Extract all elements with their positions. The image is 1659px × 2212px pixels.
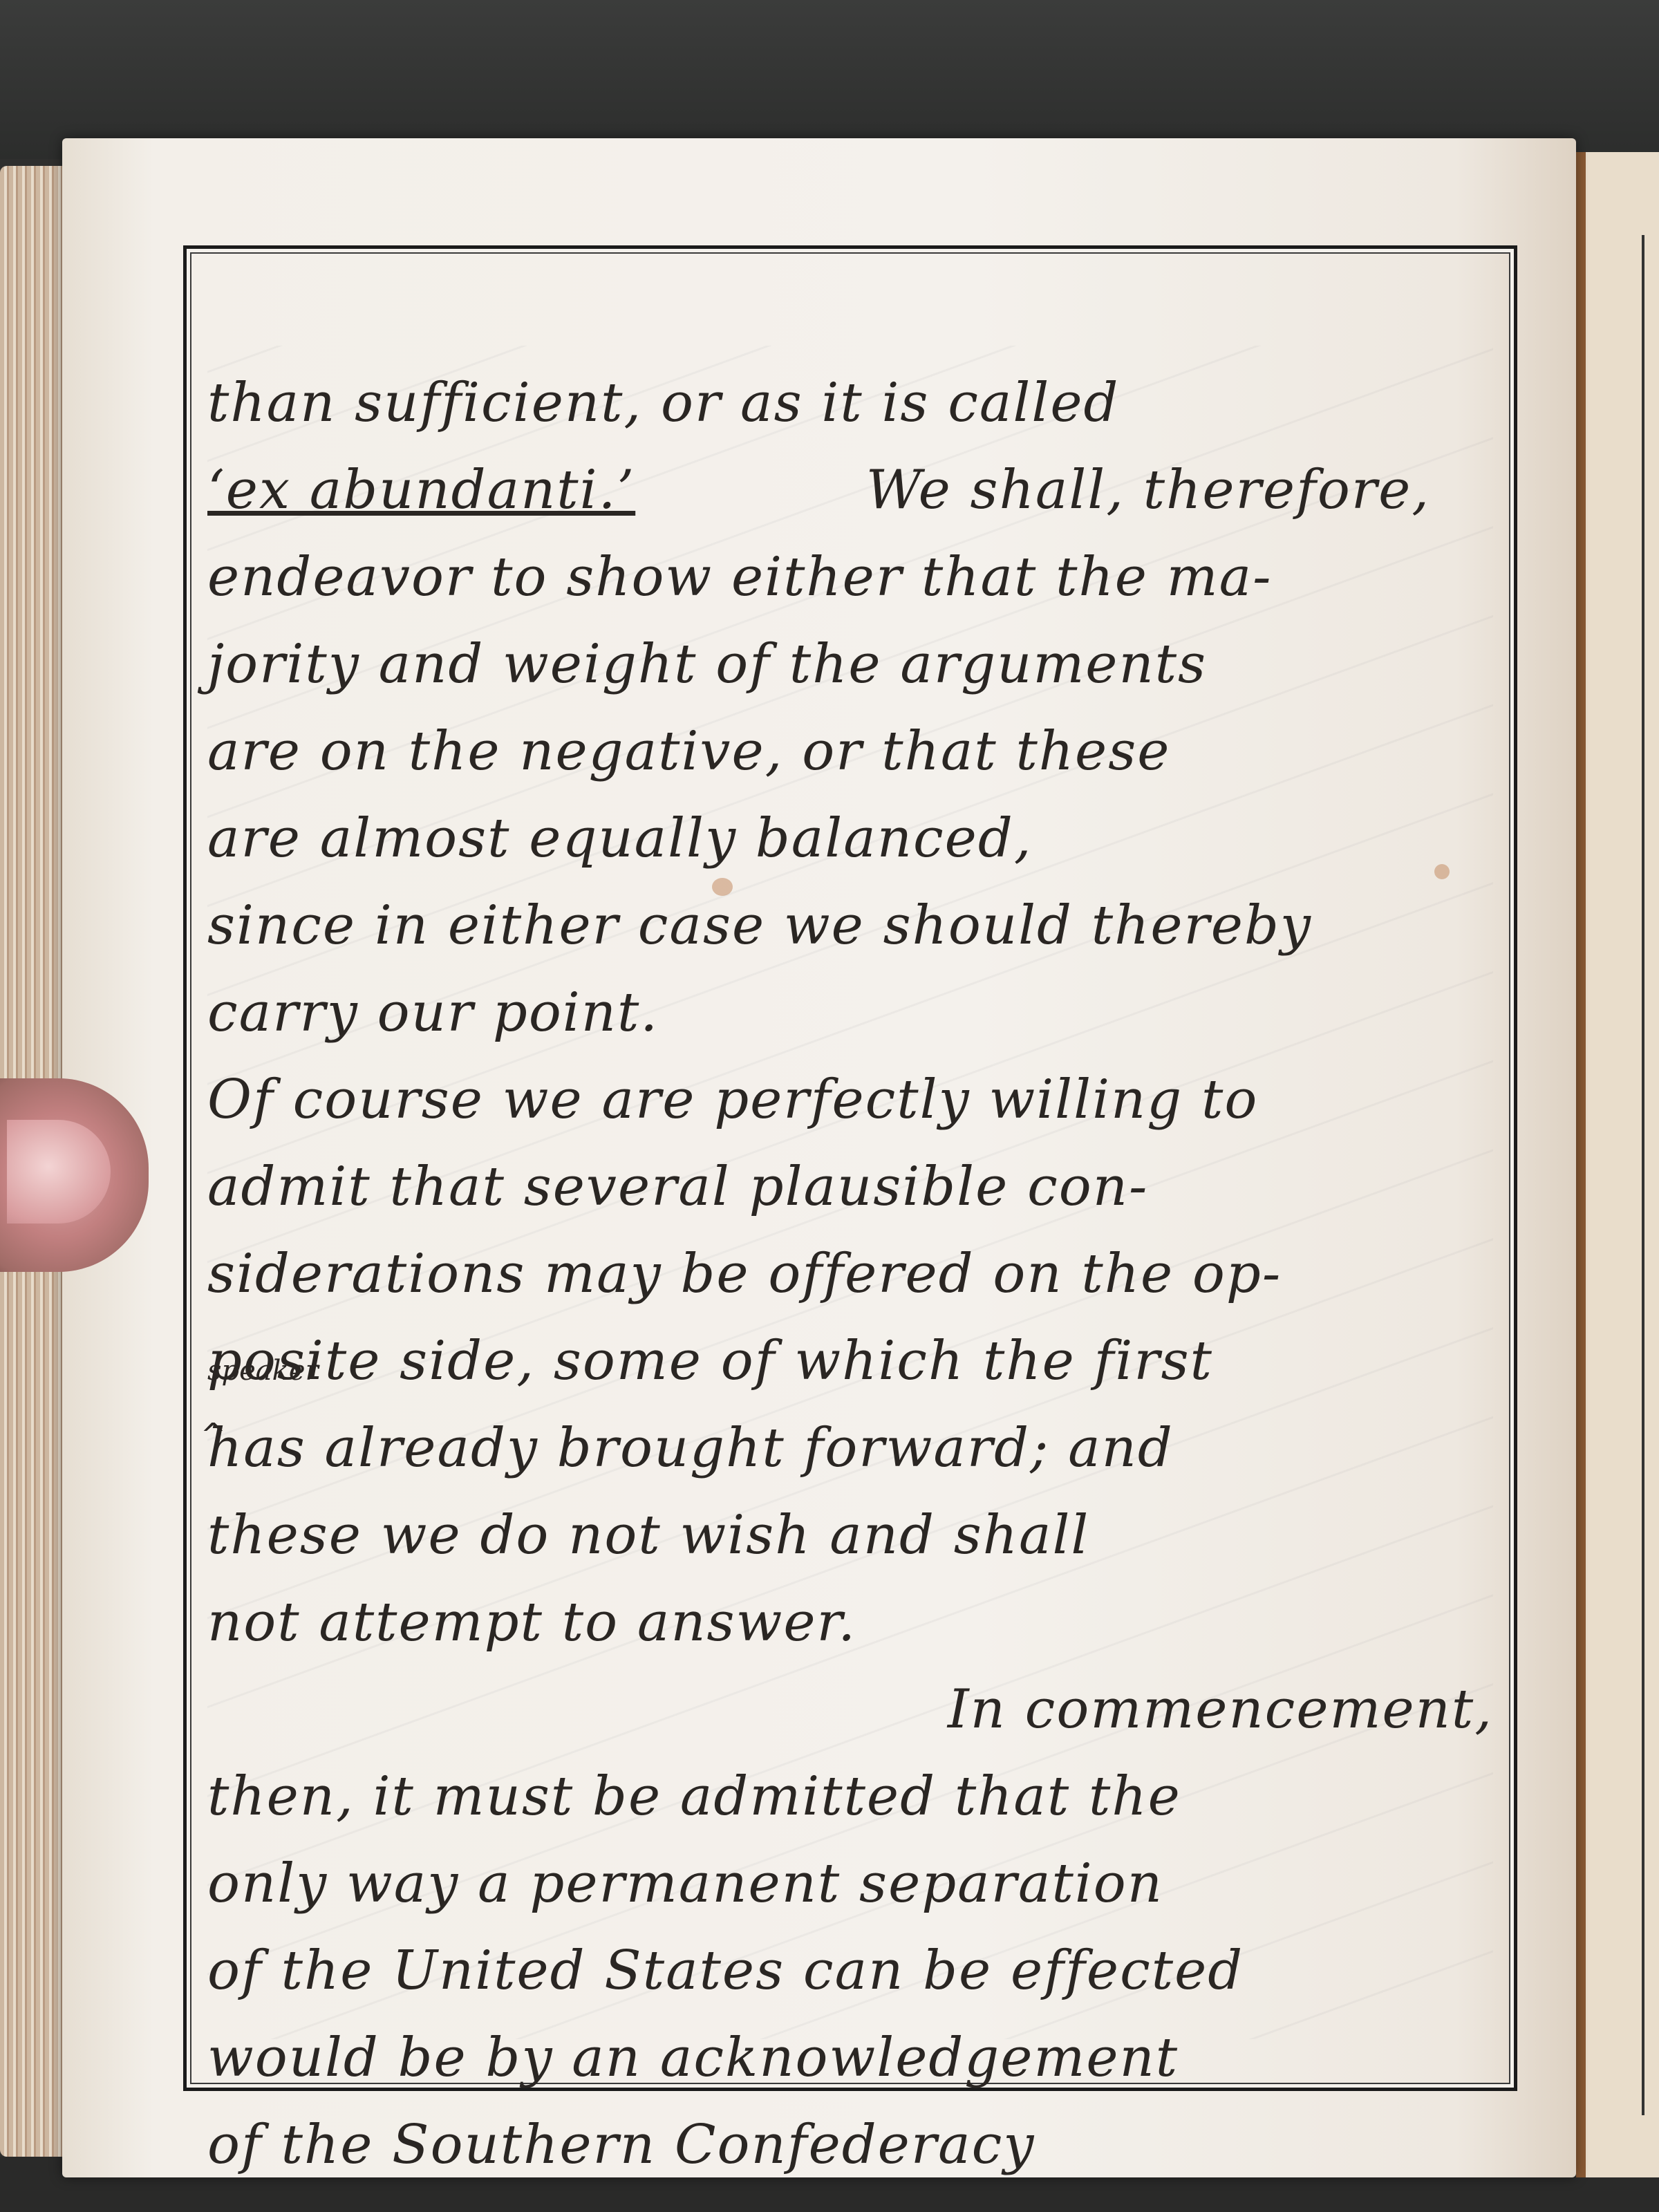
text-line: has already brought forward; and: [207, 1405, 1521, 1492]
insertion-note: speaker: [207, 1355, 319, 1387]
text-line: of the United States can be effected: [207, 1927, 1521, 2014]
latin-phrase: ‘ex abundanti.’: [207, 459, 635, 521]
background-top: [0, 0, 1659, 159]
manuscript-text: than sufficient, or as it is called ‘ex …: [207, 359, 1521, 2188]
text-line: ‘ex abundanti.’ We shall, therefore,: [207, 447, 1521, 534]
insertion-caret-icon: ^: [200, 1417, 226, 1452]
text-line: are almost equally balanced,: [207, 795, 1521, 882]
text-line: since in either case we should thereby: [207, 882, 1521, 969]
text-line: are on the negative, or that these: [207, 708, 1521, 795]
text-line: carry our point.: [207, 969, 1521, 1056]
text-line: would be by an acknowledgement: [207, 2014, 1521, 2101]
text-line: siderations may be offered on the op-: [207, 1230, 1521, 1318]
text-line: these we do not wish and shall: [207, 1492, 1521, 1579]
text-line: then, it must be admitted that the: [207, 1753, 1521, 1840]
text-line: Of course we are perfectly willing to: [207, 1056, 1521, 1143]
facing-page-rule: [1642, 235, 1644, 2115]
text-line: jority and weight of the arguments: [207, 621, 1521, 708]
facing-page-edge: [1576, 152, 1659, 2177]
text-line: posite side, some of which the first: [207, 1318, 1521, 1405]
text-line: In commencement,: [207, 1666, 1521, 1753]
text-line-tail: We shall, therefore,: [866, 459, 1430, 521]
text-line: admit that several plausible con-: [207, 1143, 1521, 1230]
text-line: of the Southern Confederacy: [207, 2101, 1521, 2188]
text-line: only way a permanent separation: [207, 1840, 1521, 1927]
text-line: endeavor to show either that the ma-: [207, 534, 1521, 621]
text-line: not attempt to answer.: [207, 1579, 1521, 1666]
thumbnail: [7, 1120, 111, 1224]
text-line: than sufficient, or as it is called: [207, 359, 1521, 447]
